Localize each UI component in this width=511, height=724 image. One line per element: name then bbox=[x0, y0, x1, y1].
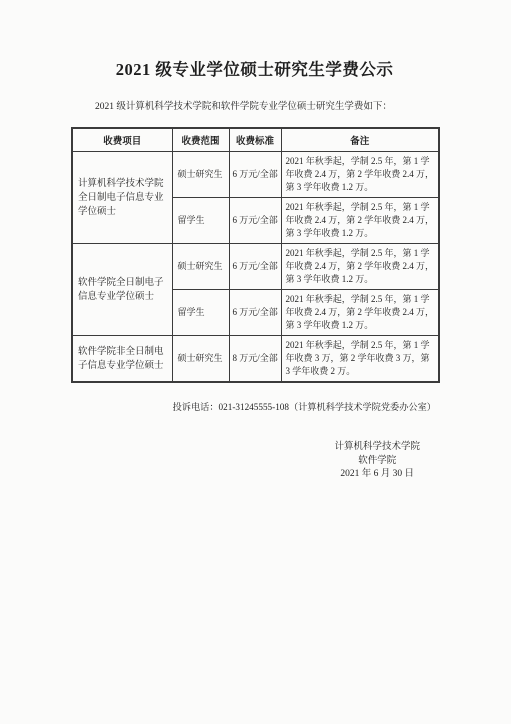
scope-cell: 留学生 bbox=[172, 290, 229, 336]
header-remark: 备注 bbox=[281, 128, 439, 152]
intro-text: 2021 级计算机科学技术学院和软件学院专业学位硕士研究生学费如下： bbox=[95, 101, 438, 113]
table-row: 计算机科学技术学院全日制电子信息专业学位硕士 硕士研究生 6 万元/全部 202… bbox=[72, 152, 439, 198]
signature-org-2: 软件学院 bbox=[334, 455, 420, 469]
remark-cell: 2021 年秋季起，学制 2.5 年，第 1 学年收费 2.4 万，第 2 学年… bbox=[281, 198, 439, 244]
remark-cell: 2021 年秋季起，学制 2.5 年，第 1 学年收费 2.4 万，第 2 学年… bbox=[281, 290, 439, 336]
scope-cell: 硕士研究生 bbox=[172, 244, 229, 290]
table-row: 软件学院非全日制电子信息专业学位硕士 硕士研究生 8 万元/全部 2021 年秋… bbox=[72, 336, 439, 383]
header-fee-scope: 收费范围 bbox=[172, 128, 229, 152]
signature-block: 计算机科学技术学院 软件学院 2021 年 6 月 30 日 bbox=[71, 441, 438, 482]
standard-cell: 6 万元/全部 bbox=[229, 290, 281, 336]
fee-item-sw-parttime: 软件学院非全日制电子信息专业学位硕士 bbox=[72, 336, 172, 383]
header-fee-item: 收费项目 bbox=[72, 128, 172, 152]
scope-cell: 硕士研究生 bbox=[172, 336, 229, 383]
signature-org-1: 计算机科学技术学院 bbox=[334, 441, 420, 455]
scope-cell: 硕士研究生 bbox=[172, 152, 229, 198]
document-page: 2021 级专业学位硕士研究生学费公示 2021 级计算机科学技术学院和软件学院… bbox=[0, 0, 511, 724]
table-row: 软件学院全日制电子信息专业学位硕士 硕士研究生 6 万元/全部 2021 年秋季… bbox=[72, 244, 439, 290]
standard-cell: 8 万元/全部 bbox=[229, 336, 281, 383]
standard-cell: 6 万元/全部 bbox=[229, 244, 281, 290]
fee-item-cs-fulltime: 计算机科学技术学院全日制电子信息专业学位硕士 bbox=[72, 152, 172, 244]
complaint-phone-line: 投诉电话：021-31245555-108（计算机科学技术学院党委办公室） bbox=[71, 399, 438, 413]
table-header-row: 收费项目 收费范围 收费标准 备注 bbox=[72, 128, 439, 152]
remark-cell: 2021 年秋季起，学制 2.5 年，第 1 学年收费 2.4 万，第 2 学年… bbox=[281, 152, 439, 198]
standard-cell: 6 万元/全部 bbox=[229, 198, 281, 244]
header-fee-standard: 收费标准 bbox=[229, 128, 281, 152]
scope-cell: 留学生 bbox=[172, 198, 229, 244]
page-title: 2021 级专业学位硕士研究生学费公示 bbox=[71, 56, 438, 80]
fee-item-sw-fulltime: 软件学院全日制电子信息专业学位硕士 bbox=[72, 244, 172, 336]
remark-cell: 2021 年秋季起，学制 2.5 年，第 1 学年收费 2.4 万，第 2 学年… bbox=[281, 244, 439, 290]
fee-table: 收费项目 收费范围 收费标准 备注 计算机科学技术学院全日制电子信息专业学位硕士… bbox=[71, 127, 440, 383]
standard-cell: 6 万元/全部 bbox=[229, 152, 281, 198]
remark-cell: 2021 年秋季起，学制 2.5 年，第 1 学年收费 3 万，第 2 学年收费… bbox=[281, 336, 439, 383]
signature-date: 2021 年 6 月 30 日 bbox=[334, 468, 420, 482]
